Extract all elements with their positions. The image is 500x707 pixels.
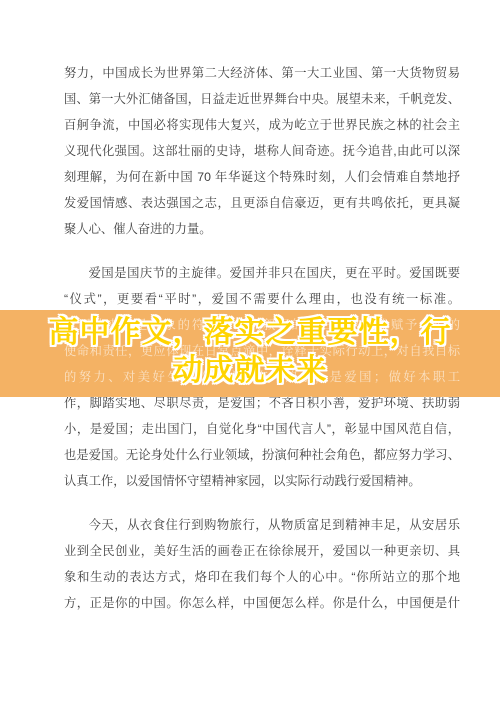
text-line: 国、第一大外汇储备国，日益走近世界舞台中央。展望未来，千帆竞发、 xyxy=(64,86,460,112)
paragraph: 爱国是国庆节的主旋律。爱国并非只在国庆，更在平时。爱国既要“仪式”，更要看“平时… xyxy=(64,310,460,397)
text-line: 刻理解，为何在新中国 70 年华诞这个特殊时刻，人们会情难自禁地抒 xyxy=(64,164,460,190)
ghost-text: 努力，中国成长为世界第二大经济体、第一大工业国、第一大货物贸易国、第一大外汇储备… xyxy=(64,310,460,397)
text-line: 义现代化强国。这部壮丽的史诗，堪称人间奇迹。抚今追昔,由此可以深 xyxy=(64,138,460,164)
text-line: 今天，从衣食住行到购物旅行，从物质富足到精神丰足，从安居乐 xyxy=(64,512,460,538)
text-line: 聚人心、催人奋进的力量。 xyxy=(64,216,460,242)
text-line: 认真工作，以爱国情怀守望精神家园，以实际行动践行爱国精神。 xyxy=(64,468,460,494)
text-line: “仪式”，更要看“平时”，爱国不需要什么理由，也没有统一标准。 xyxy=(64,286,460,312)
text-line: 业到全民创业，美好生活的画卷正在徐徐展开，爱国以一种更亲切、具 xyxy=(64,538,460,564)
text-line: 作，脚踏实地、尽职尽责，是爱国；不吝日积小善，爱护环境、扶助弱 xyxy=(64,390,460,397)
title-overlay-band: 努力，中国成长为世界第二大经济体、第一大工业国、第一大货物贸易国、第一大外汇储备… xyxy=(0,310,500,397)
text-line: 努力，中国成长为世界第二大经济体、第一大工业国、第一大货物贸易 xyxy=(64,60,460,86)
text-line: 也是爱国。无论身处什么行业领域，扮演何种社会角色，都应努力学习、 xyxy=(64,442,460,468)
text-line: 百舸争流，中国必将实现伟大复兴，成为屹立于世界民族之林的社会主 xyxy=(64,112,460,138)
article-page: 努力，中国成长为世界第二大经济体、第一大工业国、第一大货物贸易国、第一大外汇储备… xyxy=(0,0,500,707)
text-line: 小，是爱国；走出国门，自觉化身“中国代言人”，彰显中国风范自信， xyxy=(64,416,460,442)
text-line: 的努力、对美好生活的向往与奋斗追求，是爱国；做好本职工 xyxy=(64,364,460,390)
paragraph: 今天，从衣食住行到购物旅行，从物质富足到精神丰足，从安居乐业到全民创业，美好生活… xyxy=(64,512,460,616)
text-line: 爱国是国庆节的主旋律。爱国并非只在国庆，更在平时。爱国既要 xyxy=(64,260,460,286)
text-line: 爱国从来不是抽象的符号，宏大叙事的背后，是时代赋予人们的 xyxy=(64,312,460,338)
text-line: 象和生动的表达方式，烙印在我们每个人的心中。“你所站立的那个地 xyxy=(64,564,460,590)
text-line: 发爱国情感、表达强国之志，且更添自信豪迈，更有共鸣依托，更具凝 xyxy=(64,190,460,216)
paragraph: 努力，中国成长为世界第二大经济体、第一大工业国、第一大货物贸易国、第一大外汇储备… xyxy=(64,60,460,242)
text-line: 使命和责任，更应体现在日常点滴中，诠释于实际行动上，对自我目标 xyxy=(64,338,460,364)
text-line: 方，正是你的中国。你怎么样，中国便怎么样。你是什么，中国便是什 xyxy=(64,590,460,616)
